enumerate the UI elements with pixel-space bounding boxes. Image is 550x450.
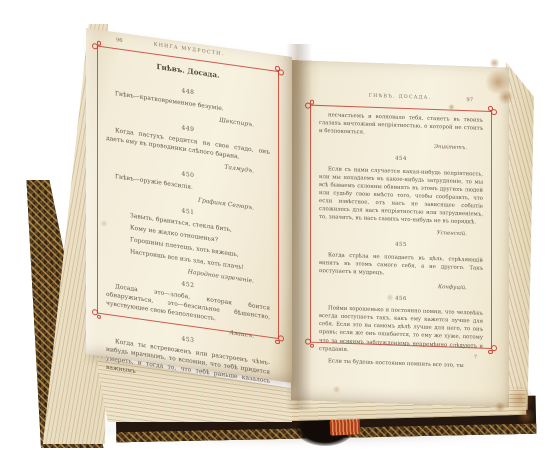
signature-mark: 7: [474, 354, 477, 360]
left-page-number: 96: [116, 37, 123, 44]
right-page-text: несчастьемъ и волновало тебя, станетъ въ…: [311, 106, 491, 348]
entry-text: Пойми хорошенько и постоянно помни, что …: [319, 304, 483, 358]
right-red-frame: несчастьемъ и волновало тебя, станетъ въ…: [310, 105, 492, 349]
entry-number: 454: [319, 152, 483, 166]
title-rule: [181, 81, 195, 83]
right-running-head-text: ГНѢВЪ. ДОСАДА.: [369, 94, 431, 101]
entry-number: 455: [319, 238, 483, 252]
spine-headband: [330, 418, 361, 436]
entry-attribution: Конфуцій.: [319, 279, 483, 293]
entry-attribution: Успенскій.: [319, 225, 483, 239]
left-red-frame: Гнѣвъ. Досада. 448 Гнѣвъ—кратковременное…: [97, 46, 279, 340]
entry-text: Когда стрѣла не попадаетъ въ цѣль, стрѣл…: [319, 251, 483, 281]
book-photo: ГНѢВЪ. ДОСАДА. 97 несчастьемъ и волновал…: [0, 0, 550, 450]
entry-text: Если съ нами случается какая-нибудь непр…: [319, 165, 483, 227]
entry-number: 456: [319, 292, 483, 306]
entry-text-continued: Если ты будешь постоянно помнить все это…: [319, 357, 483, 371]
entry-attribution: Эпиктетъ.: [319, 139, 483, 153]
continuation-text: несчастьемъ и волновало тебя, станетъ въ…: [319, 111, 483, 141]
left-page: 96 КНИГА МУДРОСТИ. Гнѣвъ. Досада. 448 Гн…: [86, 28, 292, 383]
right-page: ГНѢВЪ. ДОСАДА. 97 несчастьемъ и волновал…: [291, 60, 509, 408]
right-running-head: ГНѢВЪ. ДОСАДА. 97: [291, 91, 509, 104]
left-page-text: Гнѣвъ. Досада. 448 Гнѣвъ—кратковременное…: [98, 47, 278, 338]
right-page-number: 97: [466, 97, 473, 103]
